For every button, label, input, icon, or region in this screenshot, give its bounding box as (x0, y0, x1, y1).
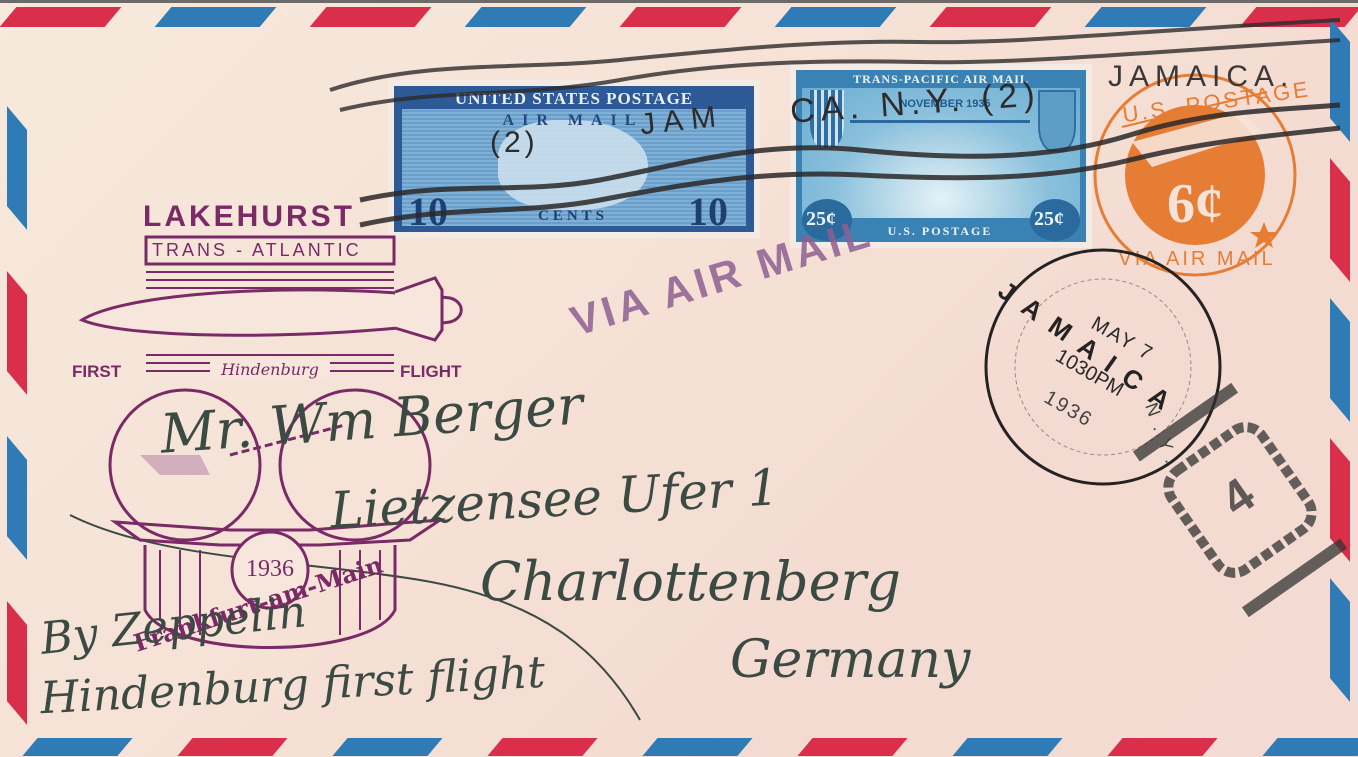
embossed-indicium: U.S. POSTAGE 6¢ VIA AIR MAIL (1092, 72, 1298, 278)
address-line-4: Germany (730, 630, 970, 690)
border-stripe-bottom (952, 738, 1062, 756)
envelope-top-edge (0, 0, 1358, 3)
stamp2-footer: U.S. POSTAGE (860, 224, 1020, 239)
stamp1-footer: CENTS (508, 208, 638, 225)
machine-cancel-city: JAMAICA. (1108, 60, 1294, 94)
cachet-title: LAKEHURST (143, 200, 355, 234)
border-stripe-bottom (177, 738, 287, 756)
stamp2-denomination-right: 25¢ (1034, 208, 1064, 231)
border-stripe-top (1240, 7, 1358, 27)
border-stripe-bottom (487, 738, 597, 756)
border-stripe-top (155, 7, 277, 27)
stamp1-denomination-right: 10 (688, 188, 728, 235)
border-stripe-bottom (1107, 738, 1217, 756)
indicium-denomination: 6¢ (1150, 172, 1240, 236)
border-stripe-top (1085, 7, 1207, 27)
border-stripe-top (465, 7, 587, 27)
machine-cancel-district: (2) (490, 126, 539, 160)
border-stripe-bottom (22, 738, 132, 756)
border-stripe-bottom (1262, 738, 1358, 756)
cachet-flight-label: FLIGHT (400, 362, 461, 382)
address-line-3: Charlottenberg (480, 550, 901, 613)
cachet-ship-name: Hindenburg (210, 360, 330, 379)
border-stripe-top (930, 7, 1052, 27)
border-stripe-top (0, 7, 121, 27)
cachet-subtitle: TRANS - ATLANTIC (152, 240, 362, 261)
border-stripe-bottom (332, 738, 442, 756)
border-stripe-top (310, 7, 432, 27)
border-stripe-bottom (642, 738, 752, 756)
indicium-bottom-text: VIA AIR MAIL (1112, 248, 1282, 271)
border-stripe-top (775, 7, 897, 27)
cachet-first-label: FIRST (72, 362, 121, 382)
border-stripe-bottom (797, 738, 907, 756)
border-stripe-top (620, 7, 742, 27)
